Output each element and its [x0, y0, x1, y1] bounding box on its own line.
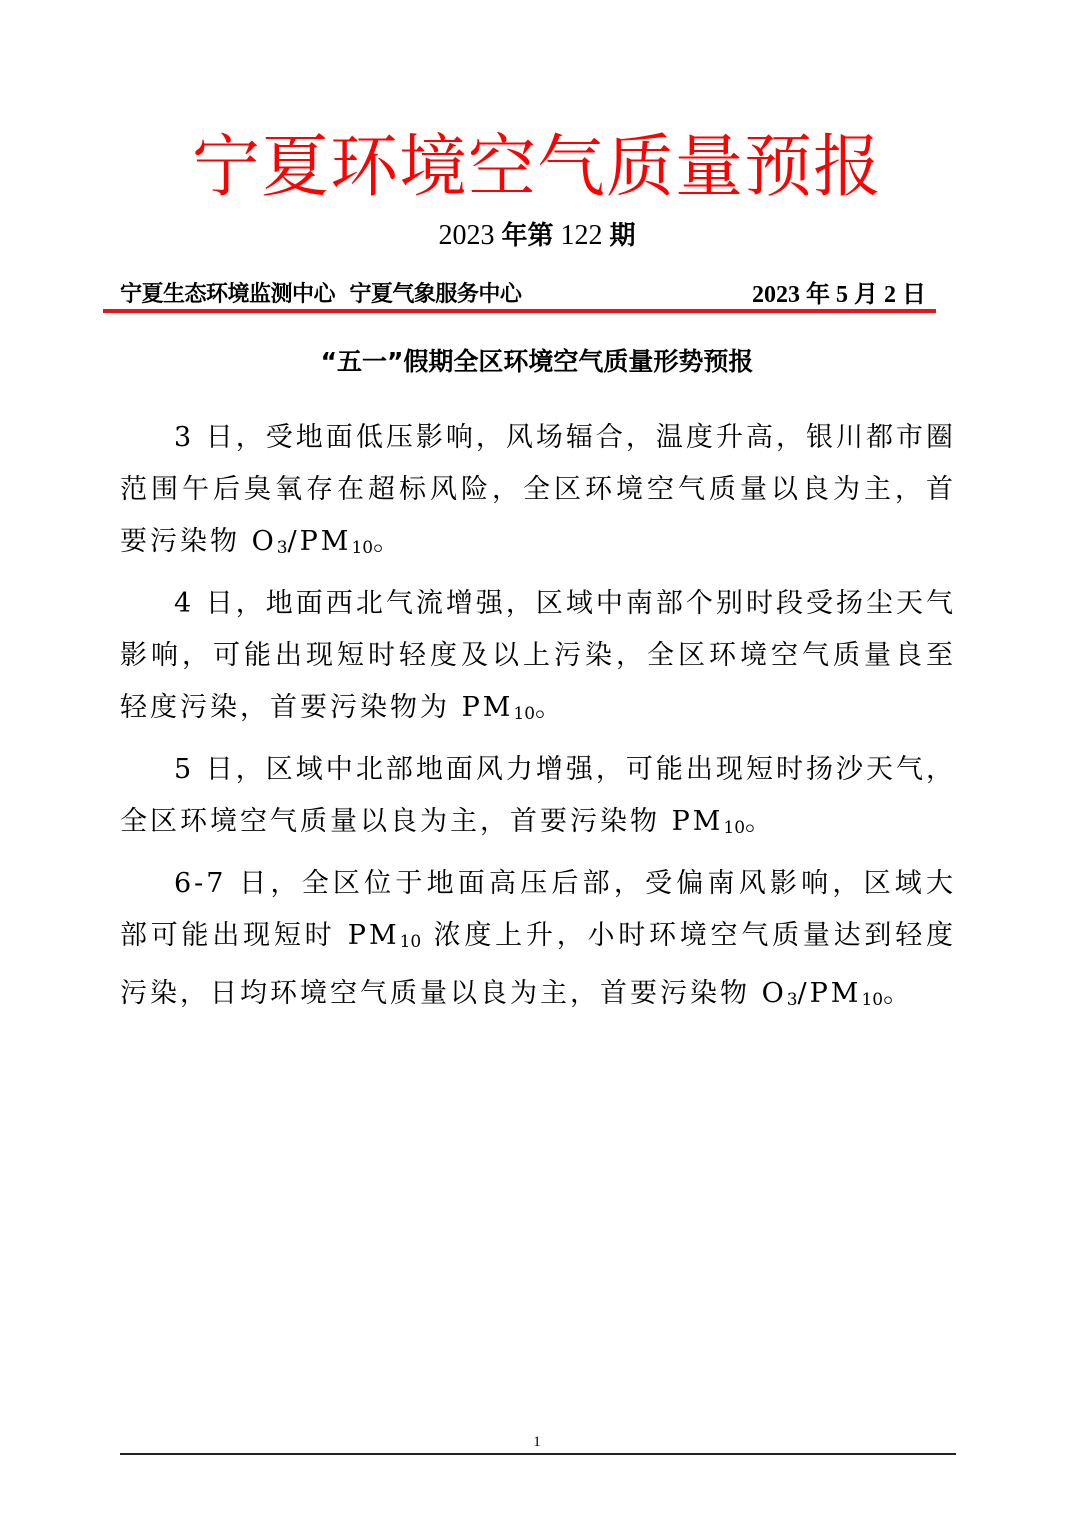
issue-date: 2023 年 5 月 2 日	[752, 279, 926, 311]
red-divider	[103, 309, 936, 313]
text: /PM	[288, 526, 352, 557]
document-body: 3 日，受地面低压影响，风场辐合，温度升高，银川都市圈范围午后臭氧存在超标风险，…	[120, 412, 956, 1030]
issuing-organizations: 宁夏生态环境监测中心 宁夏气象服务中心	[120, 279, 521, 311]
footer-divider	[120, 1453, 956, 1455]
text: 。	[373, 526, 403, 557]
issuer-line: 宁夏生态环境监测中心 宁夏气象服务中心 2023 年 5 月 2 日	[120, 279, 920, 311]
subscript: 10	[400, 932, 422, 952]
paragraph-day6-7: 6-7 日，全区位于地面高压后部，受偏南风影响，区域大部可能出现短时 PM10 …	[120, 858, 956, 1026]
document-title: “五一”假期全区环境空气质量形势预报	[0, 342, 1074, 382]
issue-number: 2023 年第 122 期	[0, 218, 1074, 254]
page-number: 1	[0, 1434, 1074, 1451]
text: 。	[535, 692, 565, 723]
text: 5 日，区域中北部地面风力增强，可能出现短时扬沙天气，全区环境空气质量以良为主，…	[120, 754, 956, 837]
subscript: 10	[351, 538, 373, 558]
text: /PM	[798, 978, 862, 1009]
subscript: 10	[861, 990, 883, 1010]
subscript: 3	[277, 538, 288, 558]
text: 。	[883, 978, 913, 1009]
issue-year-label: 年第	[501, 221, 553, 251]
paragraph-day5: 5 日，区域中北部地面风力增强，可能出现短时扬沙天气，全区环境空气质量以良为主，…	[120, 744, 956, 854]
issue-num-label: 期	[610, 221, 636, 251]
text: 3 日，受地面低压影响，风场辐合，温度升高，银川都市圈范围午后臭氧存在超标风险，…	[120, 422, 956, 557]
text: 。	[745, 806, 775, 837]
issue-year: 2023	[438, 220, 494, 251]
issue-num: 122	[561, 220, 603, 251]
subscript: 10	[513, 704, 535, 724]
masthead-title: 宁夏环境空气质量预报	[0, 128, 1074, 208]
paragraph-day3: 3 日，受地面低压影响，风场辐合，温度升高，银川都市圈范围午后臭氧存在超标风险，…	[120, 412, 956, 574]
paragraph-day4: 4 日，地面西北气流增强，区域中南部个别时段受扬尘天气影响，可能出现短时轻度及以…	[120, 578, 956, 740]
subscript: 3	[787, 990, 798, 1010]
subscript: 10	[723, 818, 745, 838]
